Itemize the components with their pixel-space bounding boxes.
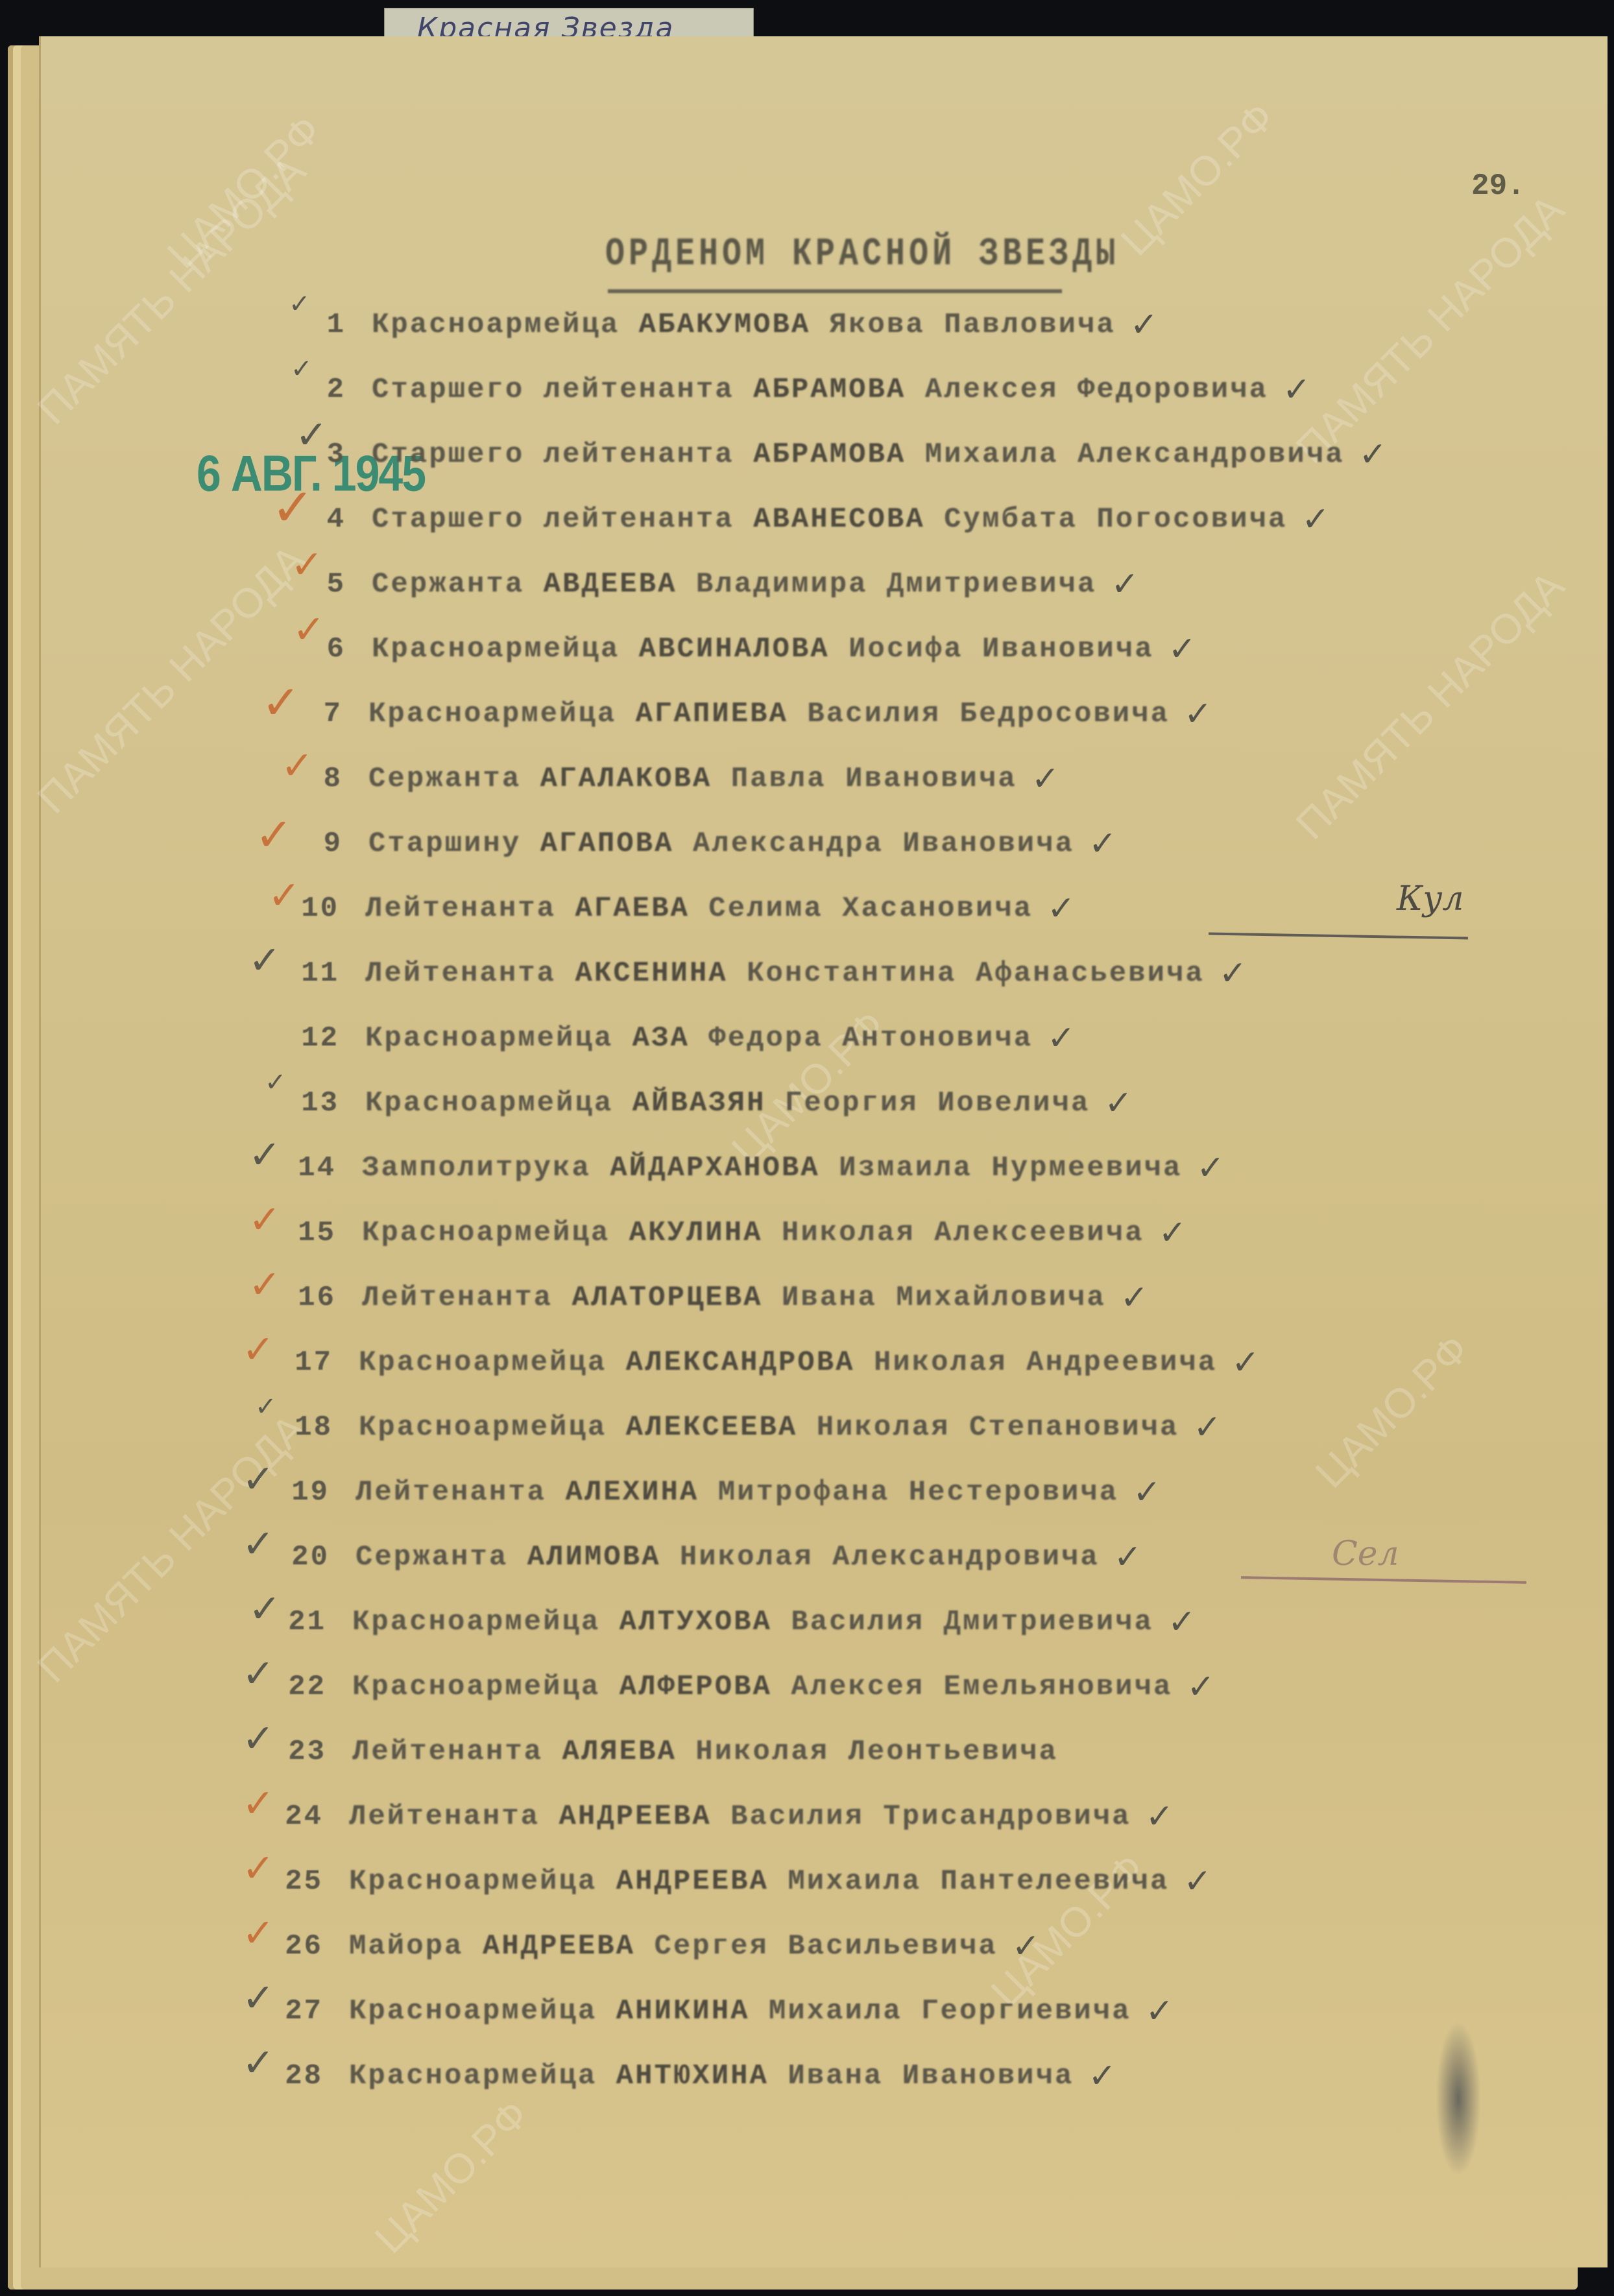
handwritten-line [1241, 1576, 1526, 1584]
page-number: 29. [1471, 169, 1525, 203]
entry-surname: АЙВАЗЯН [632, 1087, 766, 1119]
entry-rank: Лейтенанта [365, 957, 556, 990]
entry-rank: Красноармейца [372, 633, 620, 665]
entry-given-names: Николая Алексеевича [782, 1217, 1144, 1249]
title-underline [608, 289, 1062, 293]
entry-given-names: Измаила Нурмеевича [839, 1152, 1182, 1184]
entry-given-names: Николая Степановича [817, 1411, 1179, 1444]
watermark-project: ПАМЯТЬ НАРОДА [28, 147, 315, 433]
entry-rank: Лейтенанта [355, 1476, 546, 1509]
entry-surname: АНИКИНА [616, 1995, 750, 2027]
list-item: 7 Красноармейца АГАПИЕВА Василия Бедросо… [291, 691, 1214, 737]
entry-given-names: Василия Бедросовича [807, 698, 1170, 730]
entry-number: 17 [281, 1346, 333, 1379]
list-item: 9 Старшину АГАПОВА Александра Ивановича … [291, 821, 1119, 867]
list-item: 18 Красноармейца АЛЕКСЕЕВА Николая Степа… [281, 1405, 1223, 1450]
entry-rank: Старшего лейтенанта [372, 374, 734, 406]
entry-number: 11 [287, 957, 339, 990]
entry-rank: Старшину [368, 828, 521, 860]
check-icon: ✓ [1088, 2057, 1118, 2096]
entry-surname: АЛЕКСАНДРОВА [626, 1346, 855, 1379]
check-icon: ✓ [1231, 1343, 1262, 1382]
entry-surname: АГАПОВА [540, 828, 674, 860]
entry-given-names: Митрофана Нестеровича [718, 1476, 1119, 1509]
entry-given-names: Александра Ивановича [693, 828, 1074, 860]
entry-number: 3 [294, 438, 346, 471]
entry-number: 1 [294, 309, 346, 341]
entry-given-names: Георгия Иовелича [785, 1087, 1090, 1119]
list-item: 26 Майора АНДРЕЕВА Сергея Васильевича ✓ [271, 1924, 1042, 1969]
list-item: 10 Лейтенанта АГАЕВА Селима Хасановича ✓ [287, 886, 1078, 931]
check-icon: ✓ [1183, 1862, 1214, 1901]
check-icon: ✓ [1047, 1019, 1078, 1058]
entry-surname: АЛАТОРЦЕВА [572, 1282, 762, 1314]
entry-number: 4 [294, 503, 346, 536]
check-icon: ✓ [248, 1262, 281, 1308]
list-item: 17 Красноармейца АЛЕКСАНДРОВА Николая Ан… [281, 1340, 1262, 1385]
entry-rank: Красноармейца [365, 1022, 613, 1055]
check-icon: ✓ [1031, 759, 1062, 798]
entry-rank: Сержанта [368, 763, 521, 795]
entry-rank: Майора [349, 1930, 463, 1963]
check-icon: ✓ [248, 1197, 281, 1243]
check-icon: ✓ [1047, 889, 1078, 928]
watermark-project: ПАМЯТЬ НАРОДА [1286, 562, 1573, 848]
check-icon: ✓ [242, 2040, 274, 2086]
entry-rank: Лейтенанта [365, 892, 556, 925]
entry-number: 6 [294, 633, 346, 665]
entry-rank: Красноармейца [352, 1671, 600, 1703]
entry-rank: Красноармейца [365, 1087, 613, 1119]
check-icon: ✓ [1283, 370, 1313, 409]
check-icon: ✓ [242, 1457, 274, 1502]
entry-number: 19 [278, 1476, 330, 1509]
entry-given-names: Владимира Дмитриевича [696, 568, 1097, 601]
entry-number: 18 [281, 1411, 333, 1444]
entry-surname: АБАКУМОВА [639, 309, 811, 341]
list-item: 20 Сержанта АЛИМОВА Николая Александрови… [278, 1535, 1144, 1580]
entry-surname: АНДРЕЕВА [483, 1930, 635, 1963]
list-item: 14 Замполитрука АЙДАРХАНОВА Измаила Нурм… [284, 1145, 1227, 1191]
check-icon: ✓ [1359, 435, 1390, 474]
entry-surname: АБРАМОВА [753, 374, 906, 406]
entry-surname: АВАНЕСОВА [753, 503, 925, 536]
check-icon: ✓ [242, 1846, 274, 1891]
check-icon: ✓ [1114, 1538, 1144, 1577]
entry-number: 16 [284, 1282, 336, 1314]
list-item: 5 Сержанта АВДЕЕВА Владимира Дмитриевича… [294, 562, 1141, 607]
watermark-archive: ЦАМО.РФ [1306, 1325, 1478, 1498]
entry-surname: АКСЕНИНА [575, 957, 727, 990]
entry-given-names: Павла Ивановича [731, 763, 1017, 795]
entry-surname: АВДЕЕВА [544, 568, 677, 601]
check-icon: ✓ [1168, 1603, 1198, 1642]
list-item: 1 Красноармейца АБАКУМОВА Якова Павлович… [294, 302, 1160, 348]
list-item: 3 Старшего лейтенанта АБРАМОВА Михаила А… [294, 432, 1389, 477]
entry-given-names: Михаила Пантелеевича [788, 1865, 1169, 1898]
check-icon: ✓ [1133, 1473, 1163, 1512]
entry-rank: Лейтенанта [352, 1736, 543, 1768]
entry-surname: АГАПИЕВА [636, 698, 788, 730]
list-item: 24 Лейтенанта АНДРЕЕВА Василия Трисандро… [271, 1794, 1175, 1839]
entry-number: 7 [291, 698, 343, 730]
check-icon: ✓ [242, 1976, 274, 2021]
entry-rank: Сержанта [372, 568, 524, 601]
entry-surname: АГАЕВА [575, 892, 689, 925]
list-item: 15 Красноармейца АКУЛИНА Николая Алексее… [284, 1210, 1188, 1256]
entry-rank: Старшего лейтенанта [372, 503, 734, 536]
entry-surname: АКУЛИНА [629, 1217, 763, 1249]
entry-number: 8 [291, 763, 343, 795]
entry-given-names: Николая Александровича [680, 1541, 1100, 1573]
entry-rank: Красноармейца [359, 1411, 607, 1444]
check-icon: ✓ [1219, 954, 1249, 993]
entry-rank: Красноармейца [349, 1995, 597, 2027]
entry-given-names: Ивана Михайловича [782, 1282, 1106, 1314]
watermark-archive: ЦАМО.РФ [158, 106, 330, 278]
check-icon: ✓ [242, 1651, 274, 1697]
check-icon: ✓ [1130, 305, 1161, 344]
list-item: 25 Красноармейца АНДРЕЕВА Михаила Пантел… [271, 1859, 1214, 1904]
entry-given-names: Якова Павловича [830, 309, 1116, 341]
check-icon: ✓ [1196, 1149, 1227, 1188]
entry-surname: АЛИМОВА [527, 1541, 661, 1573]
entry-given-names: Николая Андреевича [874, 1346, 1217, 1379]
entry-surname: АЙДАРХАНОВА [610, 1152, 819, 1184]
list-item: 21 Красноармейца АЛТУХОВА Василия Дмитри… [274, 1599, 1198, 1645]
entry-rank: Старшего лейтенанта [372, 438, 734, 471]
entry-rank: Лейтенанта [349, 1800, 540, 1833]
entry-surname: АЛЕКСЕЕВА [626, 1411, 798, 1444]
entry-surname: АНДРЕЕВА [616, 1865, 769, 1898]
entry-surname: АБРАМОВА [753, 438, 906, 471]
entry-given-names: Константина Афанасьевича [747, 957, 1205, 990]
entry-given-names: Сумбата Погосовича [944, 503, 1287, 536]
check-icon: ✓ [242, 1327, 274, 1372]
document-page: 29. ОРДЕНОМ КРАСНОЙ ЗВЕЗДЫ 6 АВГ. 1945 Ц… [39, 36, 1608, 2267]
watermark-archive: ЦАМО.РФ [1111, 93, 1284, 265]
entry-surname: АЛЯЕВА [562, 1736, 676, 1768]
handwritten-initials: Кул [1397, 879, 1464, 918]
check-icon: ✓ [1012, 1927, 1042, 1966]
entry-given-names: Василия Дмитриевича [791, 1606, 1153, 1638]
entry-surname: АНДРЕЕВА [559, 1800, 711, 1833]
entry-given-names: Селима Хасановича [708, 892, 1033, 925]
check-icon: ✓ [255, 808, 293, 861]
list-item: 19 Лейтенанта АЛЕХИНА Митрофана Нестеров… [278, 1470, 1163, 1515]
check-icon: ✓ [1146, 1992, 1176, 2031]
check-icon: ✓ [1184, 695, 1214, 734]
entry-number: 27 [271, 1995, 323, 2027]
entry-number: 10 [287, 892, 339, 925]
entry-given-names: Иосифа Ивановича [849, 633, 1153, 665]
entry-surname: АЛЕХИНА [565, 1476, 699, 1509]
list-item: 8 Сержанта АГАЛАКОВА Павла Ивановича ✓ [291, 756, 1061, 802]
watermark-project: ПАМЯТЬ НАРОДА [1286, 185, 1573, 472]
entry-rank: Красноармейца [349, 1865, 597, 1898]
entry-rank: Красноармейца [359, 1346, 607, 1379]
entry-number: 12 [287, 1022, 339, 1055]
entry-surname: АЛТУХОВА [620, 1606, 772, 1638]
entry-rank: Красноармейца [349, 2060, 597, 2092]
entry-given-names: Михаила Георгиевича [769, 1995, 1131, 2027]
check-icon: ✓ [1089, 824, 1119, 863]
list-item: 13 Красноармейца АЙВАЗЯН Георгия Иовелич… [287, 1081, 1135, 1126]
check-icon: ✓ [1159, 1214, 1189, 1252]
check-icon: ✓ [248, 1132, 281, 1178]
check-icon: ✓ [242, 1716, 274, 1762]
entry-rank: Лейтенанта [362, 1282, 553, 1314]
entry-number: 26 [271, 1930, 323, 1963]
ink-smudge [1436, 2021, 1481, 2177]
entry-given-names: Алексея Федоровича [925, 374, 1268, 406]
check-icon: ✓ [242, 1911, 274, 1956]
handwritten-line [1209, 933, 1468, 940]
entry-number: 5 [294, 568, 346, 601]
entry-given-names: Алексея Емельяновича [791, 1671, 1172, 1703]
entry-number: 22 [274, 1671, 326, 1703]
entry-surname: АЛФЕРОВА [620, 1671, 772, 1703]
entry-number: 20 [278, 1541, 330, 1573]
check-icon: ✓ [1120, 1278, 1151, 1317]
check-icon: ✓ [242, 1522, 274, 1567]
entry-number: 9 [291, 828, 343, 860]
page-title: ОРДЕНОМ КРАСНОЙ ЗВЕЗДЫ [605, 232, 1119, 276]
entry-number: 24 [271, 1800, 323, 1833]
entry-rank: Красноармейца [352, 1606, 600, 1638]
entry-number: 15 [284, 1217, 336, 1249]
entry-given-names: Николая Леонтьевича [695, 1736, 1058, 1768]
entry-surname: АНТЮХИНА [616, 2060, 769, 2092]
check-icon: ✓ [242, 1781, 274, 1826]
check-icon: ✓ [1111, 565, 1141, 604]
entry-given-names: Михаила Александровича [925, 438, 1345, 471]
entry-number: 2 [294, 374, 346, 406]
entry-number: 28 [271, 2060, 323, 2092]
list-item: 11 Лейтенанта АКСЕНИНА Константина Афана… [287, 951, 1249, 996]
entry-given-names: Сергея Васильевича [654, 1930, 997, 1963]
entry-number: 14 [284, 1152, 336, 1184]
entry-surname: АВСИНАЛОВА [639, 633, 830, 665]
list-item: 6 Красноармейца АВСИНАЛОВА Иосифа Иванов… [294, 627, 1198, 672]
list-item: 22 Красноармейца АЛФЕРОВА Алексея Емелья… [274, 1664, 1217, 1710]
entry-rank: Красноармейца [372, 309, 620, 341]
entry-given-names: Федора Антоновича [708, 1022, 1033, 1055]
list-item: 12 Красноармейца АЗА Федора Антоновича ✓ [287, 1016, 1078, 1061]
check-icon: ✓ [1301, 500, 1332, 539]
watermark-archive: ЦАМО.РФ [365, 2090, 538, 2263]
check-icon: ✓ [1186, 1668, 1217, 1706]
check-icon: ✓ [1104, 1084, 1135, 1123]
list-item: 16 Лейтенанта АЛАТОРЦЕВА Ивана Михайлови… [284, 1275, 1150, 1321]
entry-number: 21 [274, 1606, 326, 1638]
check-icon: ✓ [248, 938, 281, 983]
check-icon: ✓ [255, 1392, 277, 1422]
list-item: 27 Красноармейца АНИКИНА Михаила Георгие… [271, 1989, 1175, 2034]
entry-rank: Красноармейца [368, 698, 616, 730]
entry-surname: АЗА [632, 1022, 690, 1055]
entry-surname: АГАЛАКОВА [540, 763, 712, 795]
entry-number: 23 [274, 1736, 326, 1768]
entry-rank: Замполитрука [362, 1152, 591, 1184]
entry-number: 13 [287, 1087, 339, 1119]
entry-given-names: Ивана Ивановича [788, 2060, 1074, 2092]
handwritten-initials: Сел [1332, 1535, 1399, 1573]
check-icon: ✓ [1146, 1797, 1176, 1836]
entry-rank: Сержанта [355, 1541, 508, 1573]
entry-rank: Красноармейца [362, 1217, 610, 1249]
list-item: 2 Старшего лейтенанта АБРАМОВА Алексея Ф… [294, 367, 1313, 413]
list-item: 28 Красноармейца АНТЮХИНА Ивана Иванович… [271, 2053, 1118, 2099]
entry-given-names: Василия Трисандровича [730, 1800, 1131, 1833]
entry-number: 25 [271, 1865, 323, 1898]
check-icon: ✓ [1168, 630, 1199, 669]
check-icon: ✓ [1193, 1408, 1223, 1447]
check-icon: ✓ [265, 1068, 287, 1097]
list-item: 4 Старшего лейтенанта АВАНЕСОВА Сумбата … [294, 497, 1332, 542]
list-item: 23 Лейтенанта АЛЯЕВА Николая Леонтьевича [274, 1729, 1058, 1775]
